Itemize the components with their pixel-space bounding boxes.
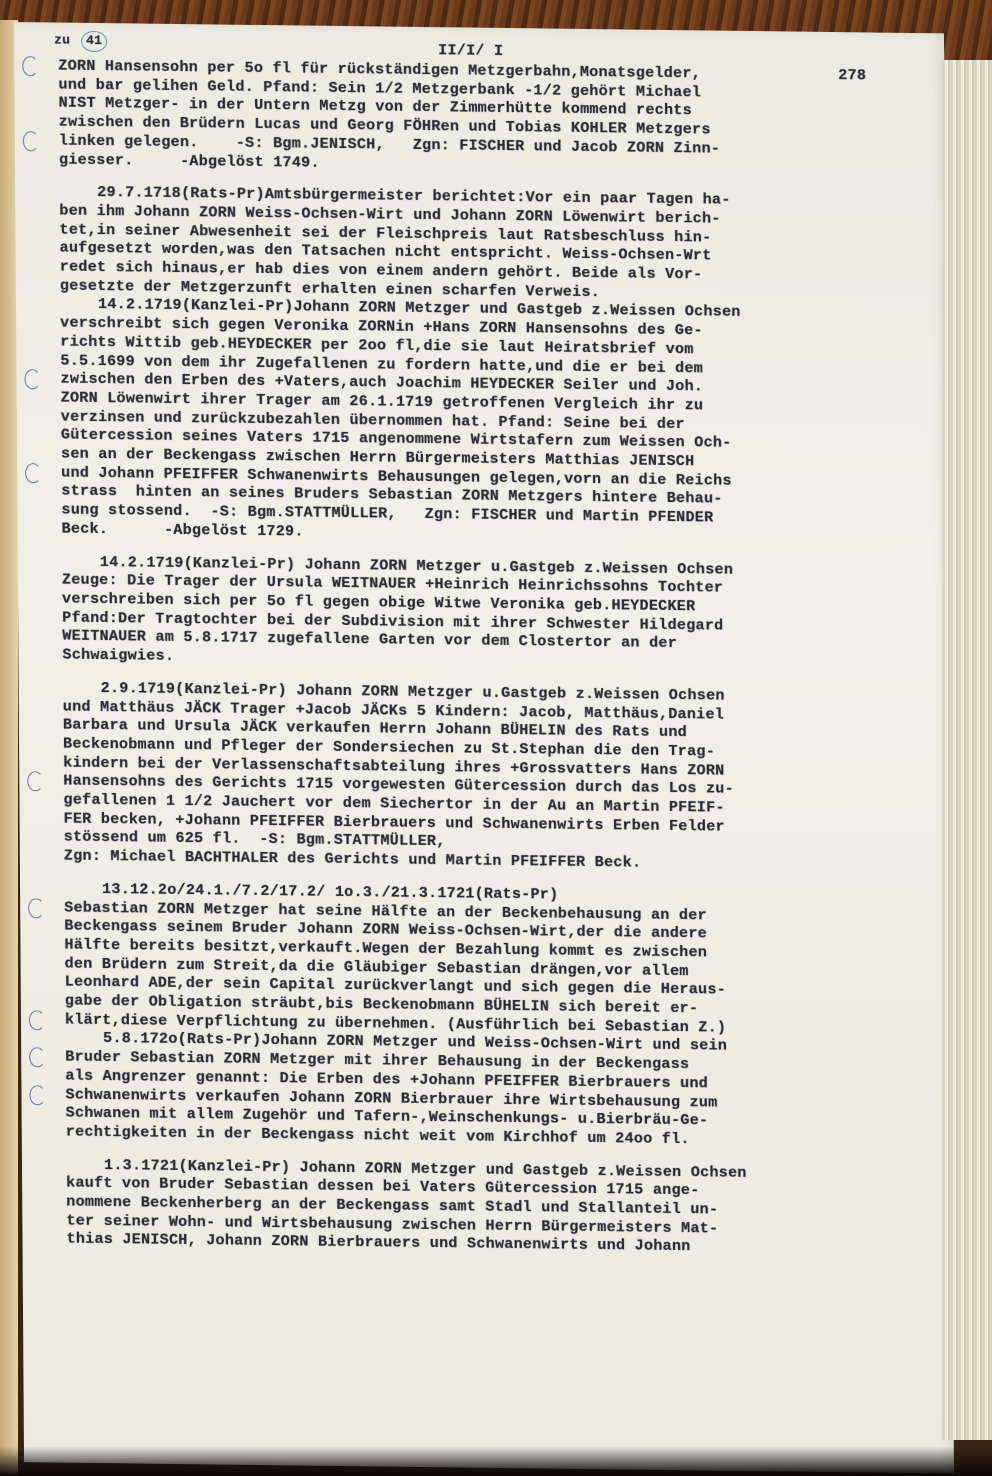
book-page-stack-right: [942, 60, 992, 1440]
margin-mark-icon: [22, 56, 38, 76]
entry: 13.12.2o/24.1./7.2/17.2/ 1o.3./21.3.1721…: [64, 879, 945, 1039]
margin-mark-icon: [28, 898, 44, 918]
margin-mark-icon: [29, 1010, 45, 1030]
margin-mark-icon: [29, 1047, 45, 1067]
entry: 14.2.1719(Kanzlei-Pr)Johann ZORN Metzger…: [60, 295, 942, 549]
margin-mark-icon: [29, 1085, 45, 1105]
folio-number-circled: 41: [81, 31, 107, 52]
entry: 1.3.1721(Kanzlei-Pr) Johann ZORN Metzger…: [66, 1155, 947, 1259]
margin-mark-icon: [27, 771, 43, 791]
margin-mark-icon: [23, 131, 39, 151]
folio-reference: zu 41: [54, 30, 107, 51]
entry: 5.8.172o(Rats-Pr)Johann ZORN Metzger und…: [65, 1029, 946, 1152]
entry: 14.2.1719(Kanzlei-Pr) Johann ZORN Metzge…: [62, 552, 943, 675]
entry: ZORN Hansensohn per 5o fl für rückständi…: [58, 57, 939, 180]
entry: 2.9.1719(Kanzlei-Pr) Johann ZORN Metzger…: [63, 678, 944, 876]
document-page: zu 41 II/I/ I 278 ZORN Hansensohn per 5o…: [14, 22, 954, 1474]
margin-mark-icon: [24, 369, 40, 389]
bottom-shadow: [0, 1446, 992, 1476]
entries: ZORN Hansensohn per 5o fl für rückständi…: [58, 57, 946, 1260]
section-reference: II/I/ I: [438, 41, 503, 61]
entry: 29.7.1718(Rats-Pr)Amtsbürgermeister beri…: [59, 183, 940, 306]
typewritten-text: zu 41 II/I/ I 278 ZORN Hansensohn per 5o…: [58, 31, 946, 1260]
margin-mark-icon: [25, 463, 41, 483]
